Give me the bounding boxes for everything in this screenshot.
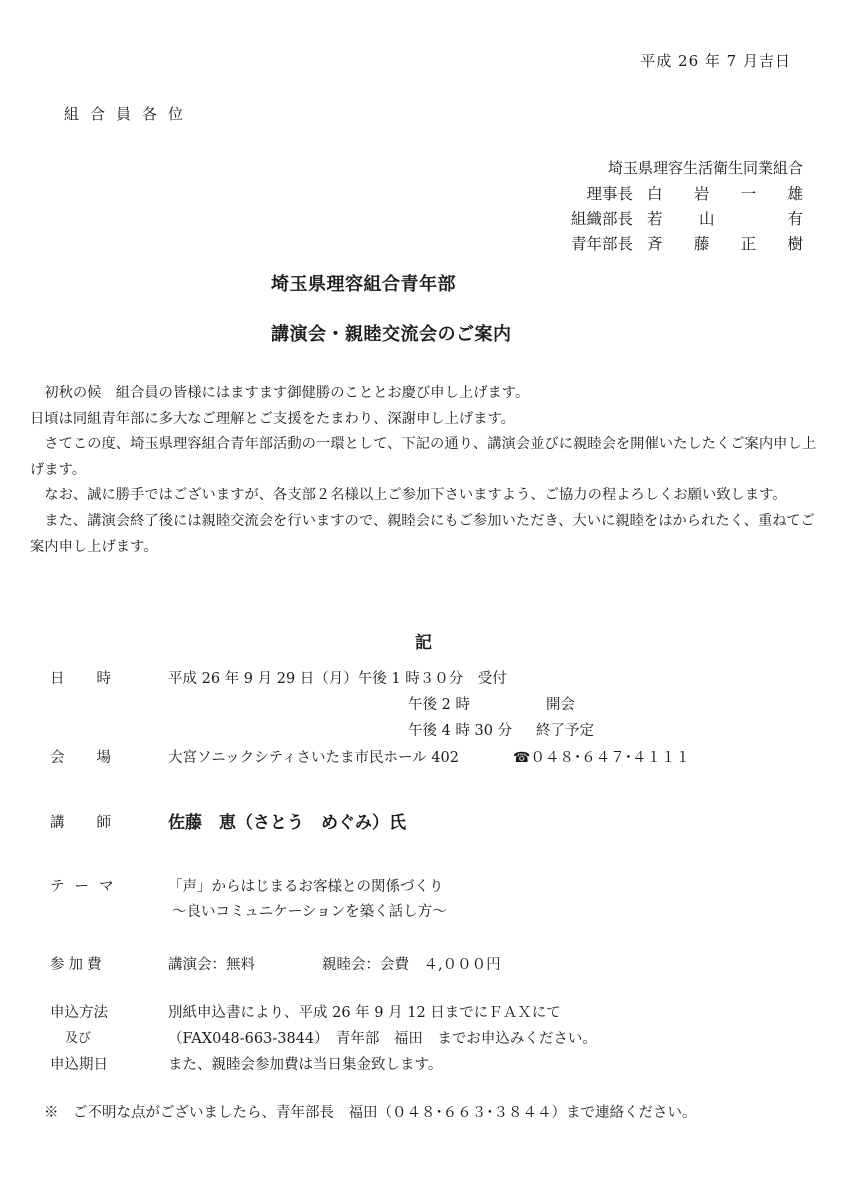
name-char: 岩	[694, 182, 710, 204]
datetime-open-time: 午後 2 時	[408, 693, 470, 714]
body-paragraph: また、講演会終了後には親睦交流会を行いますので、親睦会にもご参加いただき、大いに…	[30, 509, 820, 560]
name-char: 山	[699, 207, 715, 229]
signatory-name: 白 岩 一 雄	[647, 182, 803, 204]
body-paragraph: さてこの度、埼玉県理容組合青年部活動の一環として、下記の通り、講演会並びに親睦会…	[30, 432, 820, 483]
body-paragraph: 初秋の候 組合員の皆様にはますます御健勝のこととお慶び申し上げます。	[30, 381, 820, 407]
name-char: 雄	[787, 182, 803, 204]
datetime-end-time: 午後 4 時 30 分	[408, 719, 512, 740]
fee-lecture: 講演会：無料	[168, 953, 255, 974]
body-text: 初秋の候 組合員の皆様にはますます御健勝のこととお慶び申し上げます。 日頃は同組…	[30, 381, 820, 560]
name-char: 一	[741, 182, 757, 204]
fee-label: 参加費	[50, 953, 106, 974]
signatory-chairman: 理事長 白 岩 一 雄	[586, 182, 803, 204]
signatory-role: 組織部長	[571, 207, 633, 229]
signatory-name: 斉 藤 正 樹	[647, 232, 803, 254]
speaker-name: 佐藤 恵（さとう めぐみ）氏	[168, 808, 406, 833]
name-char: 若	[647, 207, 663, 229]
venue-phone: ☎０４８･６４７･４１１１	[513, 746, 690, 767]
name-char: 斉	[647, 232, 663, 254]
theme-label: テーマ	[50, 875, 124, 896]
signatory-organization-director: 組織部長 若 山 有	[571, 207, 803, 229]
venue-name: 大宮ソニックシティさいたま市民ホール 402	[168, 746, 459, 767]
theme-line1: 「声」からはじまるお客様との関係づくり	[168, 875, 444, 896]
name-char: 樹	[787, 232, 803, 254]
body-paragraph: 日頃は同組青年部に多大なご理解とご支援をたまわり、深謝申し上げます。	[30, 407, 820, 433]
venue-label: 会場	[50, 746, 143, 767]
signatory-role: 青年部長	[571, 232, 633, 254]
addressee: 組合員各位	[64, 103, 194, 124]
document-date: 平成 26 年 7 月吉日	[640, 50, 791, 71]
name-char: 正	[741, 232, 757, 254]
ki-heading: 記	[415, 628, 432, 653]
speaker-label: 講師	[50, 811, 143, 832]
body-paragraph: なお、誠に勝手ではございますが、各支部２名様以上ご参加下さいますよう、ご協力の程…	[30, 483, 820, 509]
name-char: 有	[787, 207, 803, 229]
application-deadline-label: 申込期日	[50, 1053, 108, 1074]
signatory-role: 理事長	[586, 182, 633, 204]
application-method-label: 申込方法	[50, 1001, 108, 1022]
sender-organization: 埼玉県理容生活衛生同業組合	[608, 157, 803, 178]
signatory-name: 若 山 有	[647, 207, 803, 229]
theme-line2: ～良いコミュニケーションを築く話し方～	[172, 900, 447, 921]
signatory-youth-director: 青年部長 斉 藤 正 樹	[571, 232, 803, 254]
datetime-line1: 平成 26 年 9 月 29 日（月）午後 1 時３０分 受付	[168, 667, 507, 688]
application-line2: （FAX048-663-3844） 青年部 福田 までお申込みください。	[168, 1027, 597, 1048]
fee-party: 親睦会：会費 ４,０００円	[322, 953, 501, 974]
application-line3: また、親睦会参加費は当日集金致します。	[168, 1053, 442, 1074]
application-and-label: 及び	[65, 1027, 91, 1046]
telephone-icon: ☎	[513, 750, 530, 766]
title-event: 講演会・親睦交流会のご案内	[271, 320, 512, 346]
application-line1: 別紙申込書により、平成 26 年 9 月 12 日までにＦＡＸにて	[168, 1001, 561, 1022]
name-char: 藤	[694, 232, 710, 254]
datetime-end-event: 終了予定	[536, 719, 594, 740]
datetime-open-event: 開会	[546, 693, 575, 714]
datetime-label: 日時	[50, 667, 143, 688]
venue-phone-number: ０４８･６４７･４１１１	[530, 750, 690, 766]
title-organization: 埼玉県理容組合青年部	[271, 270, 456, 296]
footer-contact-note: ※ ご不明な点がございましたら、青年部長 福田（０４８･６６３･３８４４）まで連…	[44, 1101, 697, 1122]
name-char: 白	[647, 182, 663, 204]
